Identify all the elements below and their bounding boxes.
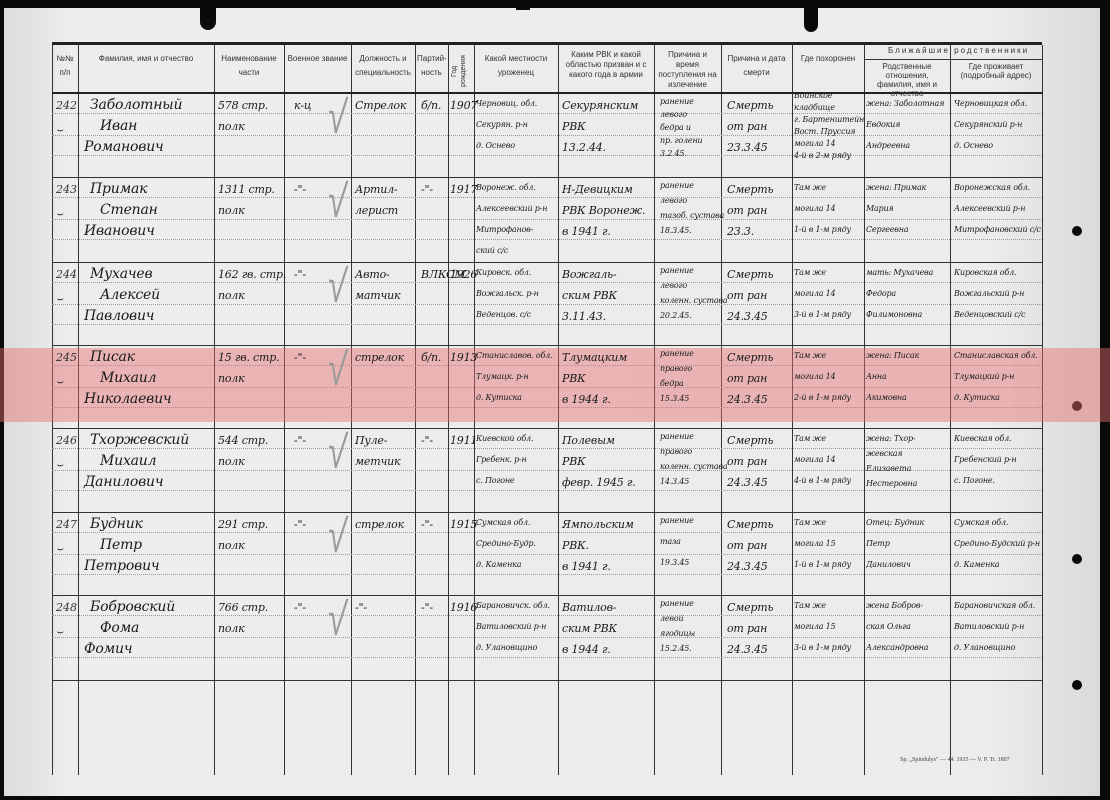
- row-separator-line: [52, 428, 1042, 429]
- ruled-dotted-line: [52, 219, 1042, 220]
- address-line: с. Погоне.: [954, 476, 995, 485]
- rank: -"-: [294, 183, 306, 196]
- relative-line: Федора: [866, 289, 896, 298]
- relative-line: Сергеевна: [866, 225, 908, 234]
- birth-year: 1913: [450, 351, 477, 364]
- unit-line: полк: [218, 372, 244, 385]
- relative-line: Отец: Будник: [866, 518, 924, 527]
- row-number: 242: [56, 99, 77, 112]
- column-header: Какой местности уроженец: [476, 52, 556, 80]
- unit-line: полк: [218, 455, 244, 468]
- ruled-dotted-line: [52, 574, 1042, 575]
- ruled-dotted-line: [52, 239, 1042, 240]
- admission-line: левого: [660, 110, 687, 119]
- admission-line: правого: [660, 364, 692, 373]
- admission-line: бедра: [660, 379, 684, 388]
- unit-line: полк: [218, 539, 244, 552]
- party-membership: б/п.: [421, 99, 441, 112]
- ruled-dotted-line: [52, 304, 1042, 305]
- unit-line: 291 стр.: [218, 518, 268, 531]
- origin-line: д. Каменка: [476, 560, 521, 569]
- ruled-dotted-line: [52, 637, 1042, 638]
- admission-line: правого: [660, 447, 692, 456]
- conscription-line: Тлумацким: [562, 351, 627, 364]
- group-header-line: [864, 59, 1042, 60]
- burial-line: Воинское: [794, 91, 832, 100]
- address-line: Алексеевский р-н: [954, 204, 1025, 213]
- admission-line: ягодицы: [660, 629, 695, 638]
- column-header: Родственные отношения, фамилия, имя и от…: [866, 62, 948, 98]
- row-number: 244: [56, 268, 77, 281]
- admission-line: коленн. сустава: [660, 296, 727, 305]
- margin-tick-icon: ⌣: [56, 625, 63, 639]
- burial-line: г. Бартенштейн: [794, 115, 864, 124]
- admission-line: ранение: [660, 349, 694, 358]
- ruled-dotted-line: [52, 113, 1042, 114]
- burial-line: могила 15: [794, 539, 835, 548]
- burial-line: Там же: [794, 183, 826, 192]
- unit-line: 544 стр.: [218, 434, 268, 447]
- margin-tick-icon: ⌣: [56, 123, 63, 137]
- unit-line: полк: [218, 120, 244, 133]
- origin-line: Станиславов. обл.: [476, 351, 552, 360]
- soldier-name-line: Степан: [100, 202, 158, 218]
- death-line: 24.3.45: [727, 310, 768, 323]
- death-line: Смерть: [727, 99, 773, 112]
- ruled-dotted-line: [52, 197, 1042, 198]
- death-line: от ран: [727, 204, 767, 217]
- conscription-line: ским РВК: [562, 622, 617, 635]
- soldier-name-line: Писак: [90, 349, 135, 365]
- unit-line: полк: [218, 289, 244, 302]
- margin-tick-icon: ⌣: [56, 292, 63, 306]
- address-line: Гребенский р-н: [954, 455, 1016, 464]
- conscription-line: Вожгаль-: [562, 268, 616, 281]
- birth-year: 1916: [450, 601, 477, 614]
- death-line: 24.3.45: [727, 393, 768, 406]
- admission-line: бедра и: [660, 123, 691, 132]
- ruled-dotted-line: [52, 135, 1042, 136]
- conscription-line: в 1944 г.: [562, 643, 611, 656]
- unit-line: 578 стр.: [218, 99, 268, 112]
- address-line: д. Кутиска: [954, 393, 1000, 402]
- admission-line: ранение: [660, 97, 694, 106]
- death-line: от ран: [727, 455, 767, 468]
- soldier-name-line: Тхоржевский: [90, 432, 189, 448]
- death-line: Смерть: [727, 434, 773, 447]
- relative-line: ская Ольга: [866, 622, 911, 631]
- address-line: Станиславская обл.: [954, 351, 1038, 360]
- ruled-dotted-line: [52, 657, 1042, 658]
- burial-line: кладбище: [794, 103, 835, 112]
- burial-line: 2-й в 1-м ряду: [794, 393, 851, 402]
- position-line: стрелок: [355, 518, 404, 531]
- conscription-line: РВК.: [562, 539, 589, 552]
- soldier-name-line: Мухачев: [90, 266, 152, 282]
- death-line: от ран: [727, 289, 767, 302]
- soldier-name-line: Романович: [84, 139, 164, 155]
- party-membership: б/п.: [421, 351, 441, 364]
- address-line: Кировская обл.: [954, 268, 1016, 277]
- origin-line: Митрофанов-: [476, 225, 533, 234]
- address-line: Барановичская обл.: [954, 601, 1035, 610]
- origin-line: Веденцов. с/с: [476, 310, 531, 319]
- origin-line: Секурян. р-н: [476, 120, 528, 129]
- relative-line: Андреевна: [866, 141, 910, 150]
- party-membership: -"-: [421, 434, 433, 447]
- burial-line: 4-й в 1-м ряду: [794, 476, 851, 485]
- relative-line: жена Бобров-: [866, 601, 923, 610]
- death-line: Смерть: [727, 601, 773, 614]
- address-line: Митрофановский с/с: [954, 225, 1041, 234]
- column-header: Причина и дата смерти: [723, 52, 790, 80]
- address-line: Воронежская обл.: [954, 183, 1030, 192]
- origin-line: Кировск. обл.: [476, 268, 531, 277]
- conscription-line: 3.11.43.: [562, 310, 606, 323]
- row-number: 248: [56, 601, 77, 614]
- unit-line: 766 стр.: [218, 601, 268, 614]
- address-line: д. Каменка: [954, 560, 999, 569]
- origin-line: Ватиловский р-н: [476, 622, 546, 631]
- relatives-group-title: Ближайшие родственники: [888, 46, 1029, 55]
- conscription-line: Ямпольским: [562, 518, 634, 531]
- origin-line: с. Погоне: [476, 476, 514, 485]
- relative-line: жена: Примак: [866, 183, 926, 192]
- conscription-line: ским РВК: [562, 289, 617, 302]
- conscription-line: в 1944 г.: [562, 393, 611, 406]
- unit-line: 1311 стр.: [218, 183, 275, 196]
- relative-line: жевская: [866, 449, 902, 458]
- column-header: Должность и специальность: [353, 52, 413, 80]
- burial-line: могила 14: [794, 372, 835, 381]
- relative-line: мать: Мухачева: [866, 268, 933, 277]
- conscription-line: в 1941 г.: [562, 560, 611, 573]
- burial-line: 3-й в 1-м ряду: [794, 643, 851, 652]
- admission-line: 3.2.45.: [660, 149, 687, 158]
- conscription-line: февр. 1945 г.: [562, 476, 636, 489]
- ruled-dotted-line: [52, 615, 1042, 616]
- death-line: от ран: [727, 120, 767, 133]
- relative-line: Нестеровна: [866, 479, 917, 488]
- soldier-name-line: Фомич: [84, 641, 132, 657]
- conscription-line: 13.2.44.: [562, 141, 606, 154]
- relative-line: Данилович: [866, 560, 911, 569]
- burial-line: 3-й в 1-м ряду: [794, 310, 851, 319]
- address-line: Средино-Будский р-н: [954, 539, 1040, 548]
- row-separator-line: [52, 262, 1042, 263]
- conscription-line: РВК: [562, 120, 585, 133]
- row-separator-line: [52, 177, 1042, 178]
- highlighted-row[interactable]: [0, 348, 1110, 422]
- burial-line: Вост. Пруссия: [794, 127, 855, 136]
- relative-line: Петр: [866, 539, 890, 548]
- margin-tick-icon: ⌣: [56, 458, 63, 472]
- relative-line: Филимоновна: [866, 310, 922, 319]
- admission-line: ранение: [660, 516, 694, 525]
- origin-line: Тлумацк. р-н: [476, 372, 529, 381]
- unit-line: полк: [218, 204, 244, 217]
- row-separator-line: [52, 512, 1042, 513]
- address-line: Секурянский р-н: [954, 120, 1022, 129]
- origin-line: д. Кутиска: [476, 393, 522, 402]
- address-line: д. Улановщино: [954, 643, 1015, 652]
- admission-line: ранение: [660, 599, 694, 608]
- soldier-name-line: Михаил: [100, 370, 156, 386]
- position-line: -"-: [355, 601, 367, 614]
- death-line: 24.3.45: [727, 560, 768, 573]
- death-line: Смерть: [727, 351, 773, 364]
- address-line: Тлумацкий р-н: [954, 372, 1014, 381]
- row-separator-line: [52, 595, 1042, 596]
- birth-year: 1911: [450, 434, 477, 447]
- admission-line: пр. голени: [660, 136, 702, 145]
- paper-tear: [200, 0, 216, 30]
- soldier-name-line: Алексей: [100, 287, 160, 303]
- position-line: Авто-: [355, 268, 390, 281]
- burial-line: 4-й в 2-м ряду: [794, 151, 851, 160]
- conscription-line: Н-Девицким: [562, 183, 633, 196]
- rank: -"-: [294, 518, 306, 531]
- admission-line: 15.2.45.: [660, 644, 691, 653]
- admission-line: ранение: [660, 266, 694, 275]
- death-line: 24.3.45: [727, 476, 768, 489]
- birth-year: 1917: [450, 183, 477, 196]
- ruled-dotted-line: [52, 155, 1042, 156]
- address-line: Веденцовский с/с: [954, 310, 1025, 319]
- admission-line: 20.2.45.: [660, 311, 691, 320]
- burial-line: могила 14: [794, 139, 835, 148]
- margin-tick-icon: ⌣: [56, 375, 63, 389]
- paper-tear: [804, 0, 818, 32]
- position-line: матчик: [355, 289, 400, 302]
- origin-line: ский с/с: [476, 246, 508, 255]
- position-line: Стрелок: [355, 99, 406, 112]
- margin-tick-icon: ⌣: [56, 542, 63, 556]
- soldier-name-line: Фома: [100, 620, 139, 636]
- relative-line: Елизавета: [866, 464, 911, 473]
- conscription-line: РВК: [562, 372, 585, 385]
- paper-tear: [516, 0, 530, 10]
- birth-year: 1926: [450, 268, 477, 281]
- admission-line: 14.3.45: [660, 477, 689, 486]
- print-footer: Sp. „Spindulys" — 44. 1935 — V. P. Tr. 1…: [900, 757, 1010, 763]
- address-line: Черновицкая обл.: [954, 99, 1027, 108]
- column-header: Военное звание: [286, 52, 349, 66]
- position-line: метчик: [355, 455, 400, 468]
- relative-line: Акимовна: [866, 393, 907, 402]
- conscription-line: РВК: [562, 455, 585, 468]
- birth-year: 1907: [450, 99, 477, 112]
- address-line: Киевская обл.: [954, 434, 1011, 443]
- admission-line: коленн. сустава: [660, 462, 727, 471]
- relative-line: Мария: [866, 204, 894, 213]
- admission-line: ранение: [660, 432, 694, 441]
- origin-line: Алексеевский р-н: [476, 204, 547, 213]
- punch-hole: [1072, 554, 1082, 564]
- soldier-name-line: Петр: [100, 537, 142, 553]
- burial-line: Там же: [794, 268, 826, 277]
- ruled-dotted-line: [52, 324, 1042, 325]
- admission-line: левого: [660, 281, 687, 290]
- admission-line: 15.3.45: [660, 394, 689, 403]
- soldier-name-line: Данилович: [84, 474, 163, 490]
- admission-line: тазоб. сустава: [660, 211, 724, 220]
- admission-line: 19.3.45: [660, 558, 689, 567]
- relative-line: Анна: [866, 372, 887, 381]
- row-number: 246: [56, 434, 77, 447]
- row-number: 245: [56, 351, 77, 364]
- column-header: №№ п/п: [54, 52, 76, 80]
- origin-line: Воронеж. обл.: [476, 183, 536, 192]
- origin-line: д. Оснево: [476, 141, 515, 150]
- death-line: Смерть: [727, 518, 773, 531]
- admission-line: левой: [660, 614, 683, 623]
- row-number: 243: [56, 183, 77, 196]
- conscription-line: Секурянским: [562, 99, 638, 112]
- party-membership: -"-: [421, 601, 433, 614]
- soldier-name-line: Михаил: [100, 453, 156, 469]
- column-header: Где похоронен: [794, 52, 862, 66]
- origin-line: Средино-Будр.: [476, 539, 536, 548]
- rank: -"-: [294, 351, 306, 364]
- admission-line: ранение: [660, 181, 694, 190]
- rank: -"-: [294, 268, 306, 281]
- soldier-name-line: Бобровский: [90, 599, 175, 615]
- soldier-name-line: Павлович: [84, 308, 154, 324]
- column-header: Причина и время поступления на излечение: [656, 50, 719, 90]
- position-line: Пуле-: [355, 434, 387, 447]
- death-line: Смерть: [727, 183, 773, 196]
- burial-line: могила 14: [794, 289, 835, 298]
- burial-line: 1-й в 1-м ряду: [794, 225, 851, 234]
- soldier-name-line: Примак: [90, 181, 147, 197]
- address-line: Вожгальский р-н: [954, 289, 1024, 298]
- punch-hole: [1072, 680, 1082, 690]
- address-line: Сумская обл.: [954, 518, 1008, 527]
- burial-line: Там же: [794, 351, 826, 360]
- relative-line: жена: Тхор-: [866, 434, 915, 443]
- birth-year: 1915: [450, 518, 477, 531]
- death-line: от ран: [727, 372, 767, 385]
- row-separator-line: [52, 680, 1042, 681]
- column-header: Наименование части: [216, 52, 282, 80]
- relative-line: Евдокия: [866, 120, 900, 129]
- relative-line: жена: Заболотная: [866, 99, 944, 108]
- death-line: Смерть: [727, 268, 773, 281]
- punch-hole: [1072, 226, 1082, 236]
- conscription-line: в 1941 г.: [562, 225, 611, 238]
- burial-line: 1-й в 1-м ряду: [794, 560, 851, 569]
- conscription-line: Ватилов-: [562, 601, 616, 614]
- death-line: от ран: [727, 622, 767, 635]
- origin-line: Сумская обл.: [476, 518, 530, 527]
- margin-tick-icon: ⌣: [56, 207, 63, 221]
- address-line: Ватиловский р-н: [954, 622, 1024, 631]
- death-line: 24.3.45: [727, 643, 768, 656]
- unit-line: 162 гв. стр.: [218, 268, 286, 281]
- unit-line: полк: [218, 622, 244, 635]
- row-number: 247: [56, 518, 77, 531]
- origin-line: Киевской обл.: [476, 434, 533, 443]
- origin-line: Гребенк. р-н: [476, 455, 527, 464]
- ruled-dotted-line: [52, 554, 1042, 555]
- rank: -"-: [294, 434, 306, 447]
- row-separator-line: [52, 345, 1042, 346]
- position-line: стрелок: [355, 351, 404, 364]
- death-line: 23.3.45: [727, 141, 768, 154]
- admission-line: 18.3.45.: [660, 226, 691, 235]
- burial-line: могила 14: [794, 455, 835, 464]
- relative-line: Александровна: [866, 643, 928, 652]
- soldier-name-line: Николаевич: [84, 391, 171, 407]
- burial-line: могила 15: [794, 622, 835, 631]
- address-line: д. Оснево: [954, 141, 993, 150]
- column-header: Партий-ность: [417, 52, 446, 80]
- burial-line: могила 14: [794, 204, 835, 213]
- burial-line: Там же: [794, 601, 826, 610]
- column-header: Год рождения: [450, 52, 472, 90]
- party-membership: -"-: [421, 518, 433, 531]
- relative-line: жена: Писак: [866, 351, 919, 360]
- conscription-line: РВК Воронеж.: [562, 204, 645, 217]
- column-header: Каким РВК и какой областью призван и с к…: [560, 50, 652, 80]
- unit-line: 15 гв. стр.: [218, 351, 279, 364]
- soldier-name-line: Заболотный: [90, 97, 182, 113]
- origin-line: Барановичск. обл.: [476, 601, 550, 610]
- table-top-border: [52, 42, 1042, 45]
- origin-line: д. Улановщино: [476, 643, 537, 652]
- ruled-dotted-line: [52, 282, 1042, 283]
- soldier-name-line: Будник: [90, 516, 143, 532]
- admission-line: левого: [660, 196, 687, 205]
- origin-line: Черновиц. обл.: [476, 99, 537, 108]
- rank: к-ц: [294, 99, 311, 112]
- soldier-name-line: Иванович: [84, 223, 155, 239]
- ruled-dotted-line: [52, 490, 1042, 491]
- position-line: лерист: [355, 204, 398, 217]
- column-header: Где проживает (подробный адрес): [952, 62, 1040, 80]
- soldier-name-line: Петрович: [84, 558, 159, 574]
- soldier-name-line: Иван: [100, 118, 137, 134]
- column-header: Фамилия, имя и отчество: [80, 52, 212, 66]
- admission-line: таза: [660, 537, 681, 546]
- burial-line: Там же: [794, 434, 826, 443]
- conscription-line: Полевым: [562, 434, 615, 447]
- death-line: от ран: [727, 539, 767, 552]
- death-line: 23.3.: [727, 225, 754, 238]
- position-line: Артил-: [355, 183, 397, 196]
- party-membership: -"-: [421, 183, 433, 196]
- burial-line: Там же: [794, 518, 826, 527]
- rank: -"-: [294, 601, 306, 614]
- origin-line: Вожгальск. р-н: [476, 289, 539, 298]
- ruled-dotted-line: [52, 532, 1042, 533]
